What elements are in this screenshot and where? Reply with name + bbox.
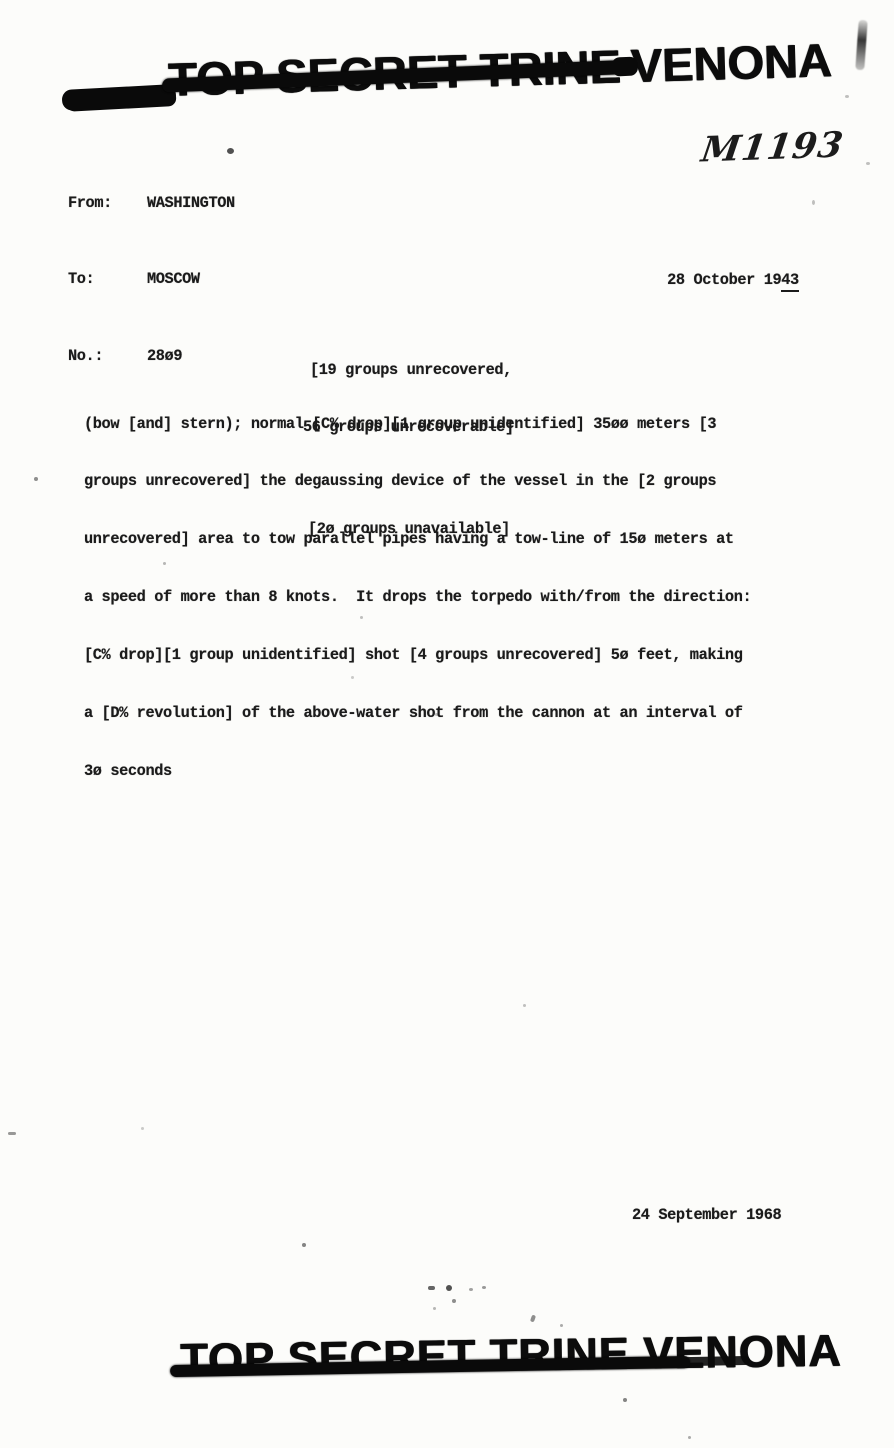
ink-speck: [163, 562, 166, 565]
from-label: From:: [68, 194, 147, 213]
ink-speck: [623, 1398, 627, 1402]
bottom-banner-text-wrap: TOP SECRET TRINE VENONA: [180, 1325, 842, 1386]
ink-speck: [688, 1436, 691, 1439]
number-value: 28ø9: [147, 347, 182, 366]
scan-smudge: [855, 20, 867, 71]
top-classification-banner: TOP SECRET TRINE VENONA: [167, 32, 832, 107]
ink-speck: [360, 616, 363, 619]
ink-speck: [227, 148, 234, 154]
handwritten-document-id: M1193: [699, 128, 846, 168]
from-row: From: WASHINGTON: [68, 194, 235, 213]
ink-speck: [560, 1324, 563, 1327]
message-date-prefix: 28 October 19: [667, 271, 781, 289]
ink-speck: [482, 1286, 486, 1289]
paragraph-line: (bow [and] stern); normal [C% drop][1 gr…: [84, 415, 751, 434]
ink-speck: [433, 1307, 436, 1310]
ink-speck: [351, 676, 354, 679]
ink-speck: [34, 477, 38, 481]
paragraph-line: 3ø seconds: [84, 762, 751, 781]
ink-speck: [435, 713, 438, 716]
number-row: No.: 28ø9: [68, 347, 235, 366]
redaction-mark: [62, 84, 177, 111]
ink-speck: [845, 95, 849, 98]
ink-speck: [523, 1004, 526, 1007]
venona-label: VENONA: [630, 33, 833, 92]
unavailable-groups-note: [2ø groups unavailable]: [308, 520, 510, 539]
from-value: WASHINGTON: [147, 194, 235, 213]
ink-speck: [302, 1243, 306, 1247]
ink-speck: [446, 1285, 452, 1291]
ink-speck: [469, 1288, 473, 1291]
classification-text: TOP SECRET TRINE VENONA: [180, 1325, 842, 1385]
paragraph-line: a speed of more than 8 knots. It drops t…: [84, 588, 751, 607]
ink-speck: [8, 1132, 16, 1135]
message-header-block: From: WASHINGTON To: MOSCOW No.: 28ø9: [68, 155, 235, 405]
number-label: No.:: [68, 347, 147, 366]
scanned-document-page: TOP SECRET TRINE VENONA M1193 From: WASH…: [0, 0, 894, 1448]
ink-speck: [428, 1286, 435, 1290]
ink-speck: [812, 200, 815, 205]
ink-speck: [452, 1299, 456, 1303]
paragraph-line: [C% drop][1 group unidentified] shot [4 …: [84, 646, 751, 665]
message-date-underlined: 43: [781, 271, 799, 292]
to-label: To:: [68, 270, 147, 289]
to-row: To: MOSCOW: [68, 270, 235, 289]
paragraph-line: groups unrecovered] the degaussing devic…: [84, 472, 751, 491]
to-value: MOSCOW: [147, 270, 200, 289]
ink-speck: [866, 162, 870, 165]
struck-classification-text: TOP SECRET TRINE: [167, 39, 621, 107]
bottom-classification-banner: TOP SECRET TRINE VENONA: [180, 1325, 842, 1386]
message-date: 28 October 1943: [632, 252, 799, 310]
ink-speck: [530, 1315, 536, 1323]
paragraph-line: a [D% revolution] of the above-water sho…: [84, 704, 751, 723]
message-body-paragraph: (bow [and] stern); normal [C% drop][1 gr…: [84, 376, 751, 820]
ink-speck: [141, 1127, 144, 1130]
release-date: 24 September 1968: [632, 1206, 781, 1225]
